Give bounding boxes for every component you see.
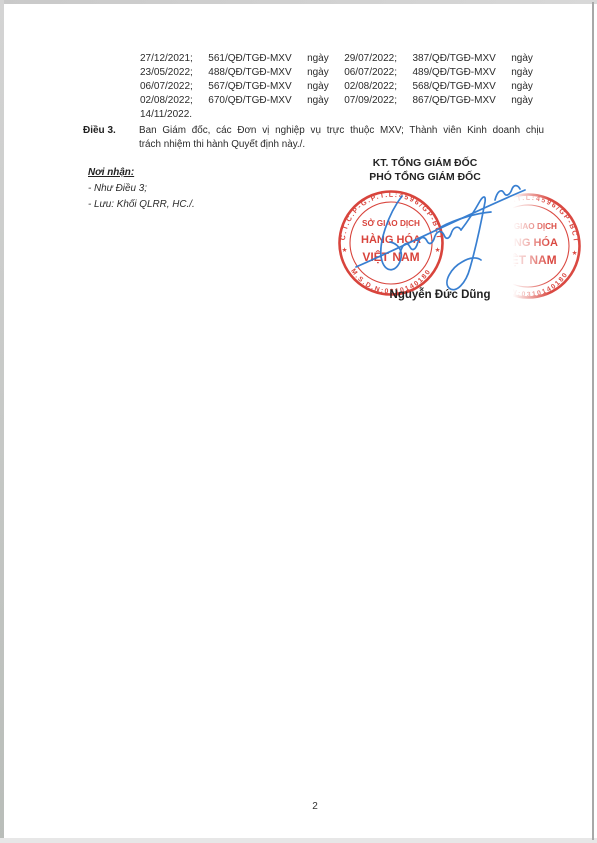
reference-line: 06/07/2022; 567/QĐ/TGĐ-MXV ngày 02/08/20… bbox=[140, 80, 533, 94]
reference-line: 27/12/2021; 561/QĐ/TGĐ-MXV ngày 29/07/20… bbox=[140, 52, 533, 66]
scan-edge-left bbox=[0, 0, 4, 843]
ref-word: ngày bbox=[511, 80, 533, 94]
reference-line: 23/05/2022; 488/QĐ/TGĐ-MXV ngày 06/07/20… bbox=[140, 66, 533, 80]
ref-number: 387/QĐ/TGĐ-MXV bbox=[412, 52, 495, 66]
page-number: 2 bbox=[305, 801, 325, 812]
svg-text:★: ★ bbox=[572, 250, 578, 257]
recipients-section: Nơi nhận: - Như Điều 3; - Lưu: Khối QLRR… bbox=[88, 165, 195, 214]
ref-date: 23/05/2022; bbox=[140, 66, 193, 80]
reference-line: 02/08/2022; 670/QĐ/TGĐ-MXV ngày 07/09/20… bbox=[140, 94, 533, 108]
reference-list: 27/12/2021; 561/QĐ/TGĐ-MXV ngày 29/07/20… bbox=[140, 52, 533, 122]
ref-number: 670/QĐ/TGĐ-MXV bbox=[208, 94, 291, 108]
ref-word: ngày bbox=[511, 94, 533, 108]
ref-date: 02/08/2022; bbox=[344, 80, 397, 94]
handwritten-signature bbox=[340, 170, 545, 305]
ref-date: 07/09/2022; bbox=[344, 94, 397, 108]
ref-number: 488/QĐ/TGĐ-MXV bbox=[208, 66, 291, 80]
reference-line: 14/11/2022. bbox=[140, 108, 533, 122]
ref-number: 567/QĐ/TGĐ-MXV bbox=[208, 80, 291, 94]
ref-date: 14/11/2022. bbox=[140, 109, 192, 120]
recipients-heading: Nơi nhận: bbox=[88, 165, 195, 181]
ref-number: 568/QĐ/TGĐ-MXV bbox=[412, 80, 495, 94]
document-page: 27/12/2021; 561/QĐ/TGĐ-MXV ngày 29/07/20… bbox=[0, 0, 597, 843]
ref-number: 867/QĐ/TGĐ-MXV bbox=[412, 94, 495, 108]
scan-edge-top bbox=[0, 0, 597, 4]
recipients-item: - Lưu: Khối QLRR, HC./. bbox=[88, 197, 195, 213]
ref-date: 02/08/2022; bbox=[140, 94, 193, 108]
ref-date: 27/12/2021; bbox=[140, 52, 193, 66]
article-text: Ban Giám đốc, các Đơn vị nghiệp vụ trực … bbox=[139, 124, 544, 152]
authority-line-1: KT. TỔNG GIÁM ĐỐC bbox=[330, 157, 520, 171]
ref-word: ngày bbox=[307, 94, 329, 108]
recipients-item: - Như Điều 3; bbox=[88, 181, 195, 197]
ref-word: ngày bbox=[511, 66, 533, 80]
ref-word: ngày bbox=[307, 52, 329, 66]
ref-word: ngày bbox=[511, 52, 533, 66]
ref-number: 561/QĐ/TGĐ-MXV bbox=[208, 52, 291, 66]
ref-number: 489/QĐ/TGĐ-MXV bbox=[412, 66, 495, 80]
ref-date: 06/07/2022; bbox=[344, 66, 397, 80]
article-label: Điều 3. bbox=[83, 124, 116, 138]
ref-word: ngày bbox=[307, 80, 329, 94]
scan-edge-bottom bbox=[0, 838, 597, 843]
article-text-line2: trách nhiệm thi hành Quyết định này./. bbox=[139, 138, 544, 152]
ref-date: 06/07/2022; bbox=[140, 80, 193, 94]
ref-word: ngày bbox=[307, 66, 329, 80]
ref-date: 29/07/2022; bbox=[344, 52, 397, 66]
signer-name: Nguyễn Đức Dũng bbox=[358, 289, 522, 301]
scan-edge-right bbox=[592, 2, 594, 840]
article-text-line1: Ban Giám đốc, các Đơn vị nghiệp vụ trực … bbox=[139, 124, 544, 138]
